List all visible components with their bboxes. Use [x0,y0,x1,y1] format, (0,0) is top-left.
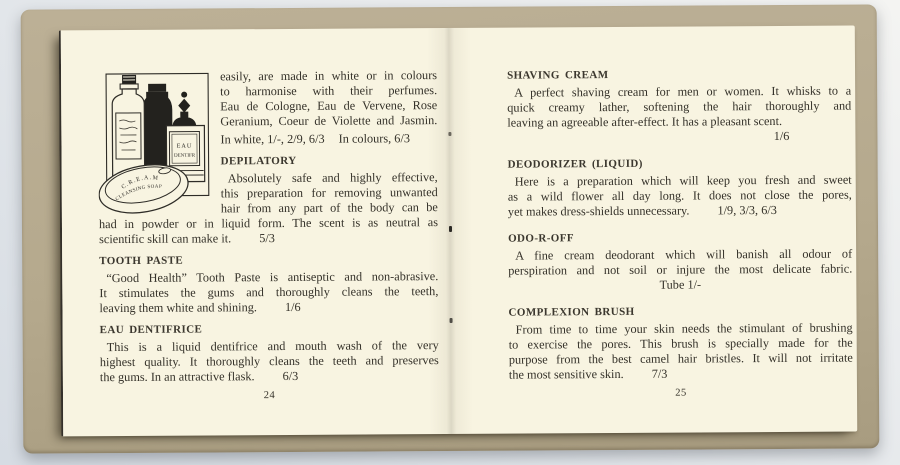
text-line: easily, are made in white or in colours [220,68,437,84]
text-line: Eau de Cologne, Eau de Vervene, Rose [220,98,437,114]
text-fragment: the gums. In an attractive flask. [100,369,255,384]
bottle-label-line2: DENTIFR [174,154,196,159]
section-title-tooth-paste: TOOTH PASTE [99,253,438,268]
intro-with-illustration: EAU DENTIFR C.R.E.A.M [98,68,438,217]
page-25: SHAVING CREAM A perfect shaving cream fo… [447,26,857,434]
text-line: to harmonise with their perfumes. [220,83,437,99]
price-value: 1/9, 3/3, 6/3 [717,203,777,217]
text-fragment: leaving them white and shining. [99,300,257,315]
price-value: 5/3 [259,231,275,245]
text-line: hair from any part of the body can be [221,200,438,216]
section-title-odo-r-off: ODO-R-OFF [508,231,852,246]
text-line: Geranium, Coeur de Violette and Jasmin. [220,113,437,129]
product-illustration: EAU DENTIFR C.R.E.A.M [98,69,211,217]
page-number-right: 25 [509,386,853,402]
text-line: It stimulates the gums and thoroughly cl… [99,284,438,301]
staple-mark [449,226,452,232]
text-fragment: the most sensitive skin. [509,367,624,382]
section-title-deodorizer: DEODORIZER (LIQUID) [508,157,852,172]
section-title-shaving-cream: SHAVING CREAM [507,68,851,83]
price-line: In white, 1/-, 2/9, 6/3In colours, 6/3 [220,131,437,147]
text-line: as a wild flower all day long. It does n… [508,188,852,205]
page-number-left: 24 [100,388,439,404]
text-line: scientific skill can make it.5/3 [99,230,438,247]
text-line: had in powder or in liquid form. The sce… [99,215,438,232]
text-line: purpose from the best camel hair bristle… [509,351,853,368]
price-colours: In colours, 6/3 [339,131,410,145]
page-spread: EAU DENTIFR C.R.E.A.M [59,26,857,437]
section-title-eau-dentifrice: EAU DENTIFRICE [100,322,439,337]
toiletries-drawing: EAU DENTIFR C.R.E.A.M [98,69,211,217]
text-line: leaving them white and shining.1/6 [99,299,438,316]
text-line: the gums. In an attractive flask.6/3 [100,368,439,385]
staple-mark [450,318,453,323]
section-title-depilatory: DEPILATORY [221,154,438,168]
text-line: quick creamy lather, softening the hair … [507,99,851,116]
intro-text-column: easily, are made in white or in colours … [220,68,438,216]
price-value: 6/3 [283,369,299,383]
price-value: Tube 1/- [508,277,852,294]
staple-mark [448,132,451,136]
text-fragment: scientific skill can make it. [99,231,231,246]
text-line: perspiration and not soil or injure the … [508,262,852,279]
page-24: EAU DENTIFR C.R.E.A.M [61,28,449,436]
price-value: 7/3 [652,367,668,381]
text-line: this preparation for removing unwanted [221,185,438,201]
price-white: In white, 1/-, 2/9, 6/3 [220,132,324,147]
text-fragment: yet makes dress-shields unnecessary. [508,204,690,219]
price-value: 1/6 [285,300,301,314]
text-line: yet makes dress-shields unnecessary.1/9,… [508,203,852,220]
bottle-label-line1: EAU [177,143,193,150]
booklet-cover: EAU DENTIFR C.R.E.A.M [21,4,880,453]
text-line: Absolutely safe and highly effective, [221,170,438,186]
price-value: 1/6 [507,129,851,146]
text-line: highest quality. It thoroughly cleans th… [100,353,439,370]
text-line: the most sensitive skin.7/3 [509,366,853,383]
scan-background: EAU DENTIFR C.R.E.A.M [0,0,900,465]
section-title-complexion-brush: COMPLEXION BRUSH [508,305,852,320]
